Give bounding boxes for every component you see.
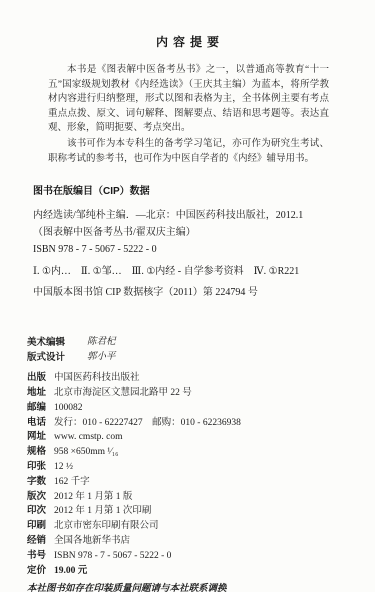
publication-row: 印刷 北京市密东印刷有限公司 — [27, 519, 375, 534]
publication-row: 书号 ISBN 978 - 7 - 5067 - 5222 - 0 — [27, 549, 375, 564]
publication-details: 出版 中国医药科技出版社 地址 北京市海淀区文慧园北路甲 22 号 邮编 100… — [27, 371, 375, 578]
publication-field-value: 2012 年 1 月第 1 版 — [54, 490, 375, 505]
publication-row: 经销 全国各地新华书店 — [27, 534, 375, 549]
page-title: 内容提要 — [0, 0, 375, 50]
staff-credits: 美术编辑 陈君杞 版式设计 郭小平 — [27, 335, 375, 365]
publication-field-value: 中国医药科技出版社 — [54, 371, 375, 386]
cip-series-line: （图表解中医备考丛书/翟双庆主编） — [33, 224, 347, 241]
publication-field-value: 北京市密东印刷有限公司 — [54, 519, 375, 534]
publication-row: 出版 中国医药科技出版社 — [27, 371, 375, 386]
cip-title-line: 内经选读/邹纯朴主编．—北京：中国医药科技出版社，2012.1 — [33, 207, 347, 224]
publication-field-value: 发行：010 - 62227427 邮购：010 - 62236938 — [54, 416, 375, 431]
publication-row: 电话 发行：010 - 62227427 邮购：010 - 62236938 — [27, 416, 375, 431]
publication-field-label: 经销 — [27, 534, 54, 549]
publication-field-label: 网址 — [27, 430, 54, 445]
publication-row: 定价 19.00 元 — [27, 564, 375, 579]
staff-row: 版式设计 郭小平 — [27, 350, 375, 365]
publication-field-value: 12 ½ — [54, 460, 375, 475]
publication-field-label: 地址 — [27, 386, 54, 401]
publication-field-value: 2012 年 1 月第 1 次印刷 — [54, 504, 375, 519]
publication-field-value: 958 ×650mm ¹⁄₁₆ — [54, 445, 375, 460]
publication-row: 印次 2012 年 1 月第 1 次印刷 — [27, 504, 375, 519]
publication-field-label: 出版 — [27, 371, 54, 386]
publication-row: 规格 958 ×650mm ¹⁄₁₆ — [27, 445, 375, 460]
publication-field-label: 印次 — [27, 504, 54, 519]
publication-row: 地址 北京市海淀区文慧园北路甲 22 号 — [27, 386, 375, 401]
publication-field-value: 19.00 元 — [54, 564, 375, 579]
cip-heading: 图书在版编目（CIP）数据 — [33, 183, 347, 200]
publication-field-label: 书号 — [27, 549, 54, 564]
publication-field-label: 印刷 — [27, 519, 54, 534]
publication-field-label: 版次 — [27, 490, 54, 505]
publication-field-label: 字数 — [27, 475, 54, 490]
cip-isbn-line: ISBN 978 - 7 - 5067 - 5222 - 0 — [33, 241, 347, 258]
publication-field-label: 规格 — [27, 445, 54, 460]
cip-record-number: 中国版本图书馆 CIP 数据核字（2011）第 224794 号 — [33, 284, 347, 301]
publication-field-value: www. cmstp. com — [54, 430, 375, 445]
publication-row: 版次 2012 年 1 月第 1 版 — [27, 490, 375, 505]
publication-row: 字数 162 千字 — [27, 475, 375, 490]
publication-field-value: ISBN 978 - 7 - 5067 - 5222 - 0 — [54, 549, 375, 564]
staff-role-label: 美术编辑 — [27, 335, 76, 350]
publication-row: 邮编 100082 — [27, 401, 375, 416]
staff-role-label: 版式设计 — [27, 350, 76, 365]
staff-person-name: 陈君杞 — [87, 335, 116, 350]
staff-row: 美术编辑 陈君杞 — [27, 335, 375, 350]
publication-field-value: 全国各地新华书店 — [54, 534, 375, 549]
cip-section: 图书在版编目（CIP）数据 内经选读/邹纯朴主编．—北京：中国医药科技出版社，2… — [33, 183, 347, 301]
publication-field-label: 定价 — [27, 564, 54, 579]
quality-exchange-note: 本社图书如存在印装质量问题请与本社联系调换 — [27, 580, 375, 592]
publication-field-label: 邮编 — [27, 401, 54, 416]
publication-field-value: 100082 — [54, 401, 375, 416]
publication-row: 印张 12 ½ — [27, 460, 375, 475]
copyright-page: 内容提要 本书是《图表解中医备考丛书》之一，以普通高等教育“十一五”国家级规划教… — [0, 0, 375, 592]
publication-field-value: 162 千字 — [54, 475, 375, 490]
cip-classification-line: Ⅰ. ①内… Ⅱ. ①邹… Ⅲ. ①内经 - 自学参考资料 Ⅳ. ①R221 — [33, 263, 347, 280]
publication-field-value: 北京市海淀区文慧园北路甲 22 号 — [54, 386, 375, 401]
abstract-paragraph-2: 该书可作为本专科生的备考学习笔记，亦可作为研究生考试、职称考试的参考书，也可作为… — [48, 137, 329, 166]
publication-field-label: 印张 — [27, 460, 54, 475]
publication-field-label: 电话 — [27, 416, 54, 431]
staff-person-name: 郭小平 — [87, 350, 116, 365]
abstract-section: 本书是《图表解中医备考丛书》之一，以普通高等教育“十一五”国家级规划教材《内经选… — [48, 63, 329, 166]
abstract-paragraph-1: 本书是《图表解中医备考丛书》之一，以普通高等教育“十一五”国家级规划教材《内经选… — [48, 63, 329, 136]
publication-row: 网址 www. cmstp. com — [27, 430, 375, 445]
